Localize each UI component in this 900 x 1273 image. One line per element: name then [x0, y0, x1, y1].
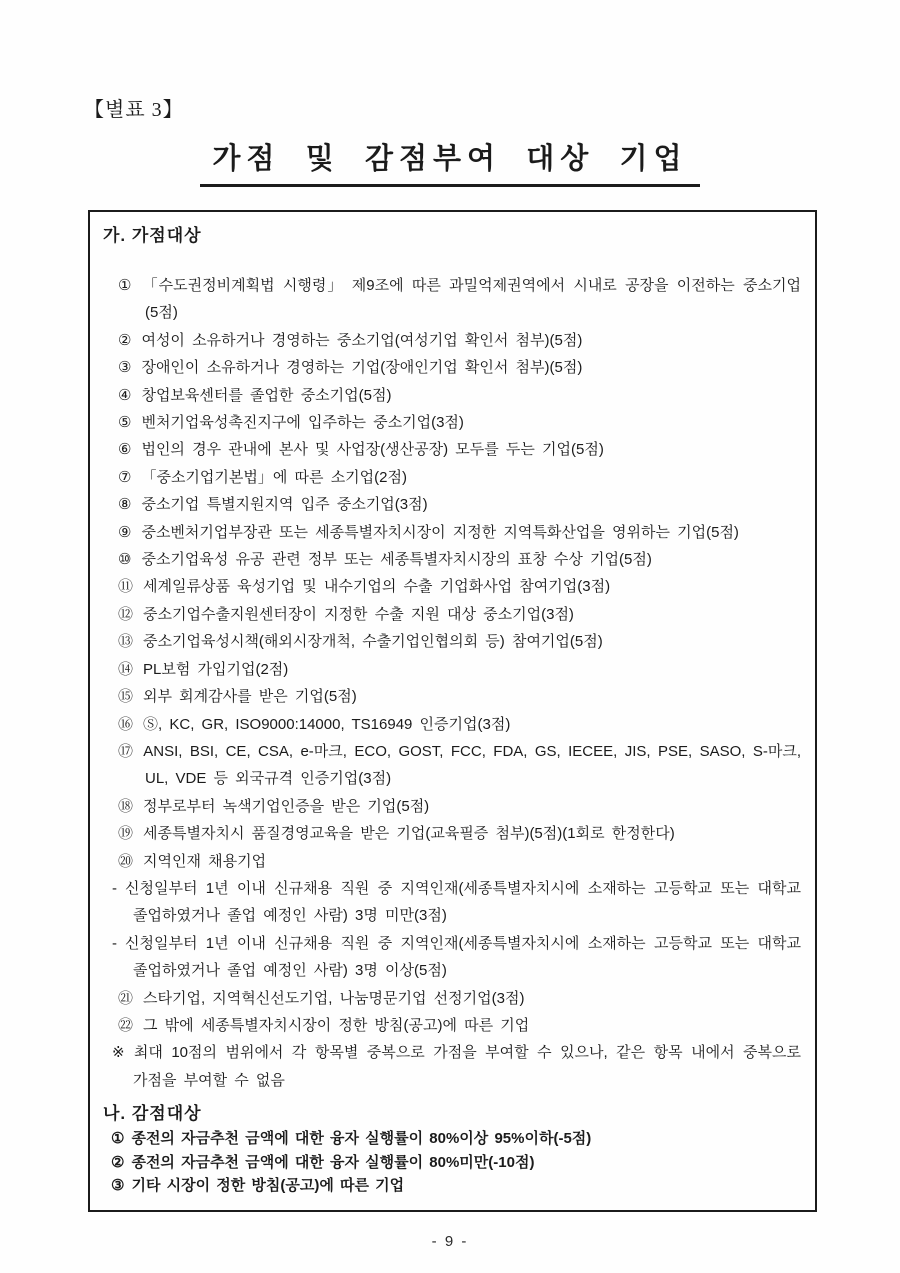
- item-text: 중소기업육성 유공 관련 정부 또는 세종특별자치시장의 표창 수상 기업(5점…: [141, 551, 651, 568]
- item-marker: ④: [118, 387, 131, 404]
- item-marker: ①: [111, 1130, 124, 1147]
- item-marker: ⑰: [118, 743, 133, 760]
- list-item: ⑰ANSI, BSI, CE, CSA, e-마크, ECO, GOST, FC…: [118, 738, 801, 793]
- list-item: ①종전의 자금추천 금액에 대한 융자 실행률이 80%이상 95%이하(-5점…: [111, 1127, 801, 1151]
- item-marker: ⑳: [118, 853, 133, 870]
- page-title: 가점 및 감점부여 대상 기업: [200, 136, 699, 187]
- list-subitem: -신청일부터 1년 이내 신규채용 직원 중 지역인재(세종특별자치시에 소재하…: [112, 875, 801, 930]
- list-item: ②종전의 자금추천 금액에 대한 융자 실행률이 80%미만(-10점): [111, 1151, 801, 1175]
- section-b-heading: 나. 감점대상: [103, 1099, 801, 1124]
- dash-marker: -: [112, 935, 117, 952]
- title-container: 가점 및 감점부여 대상 기업: [0, 136, 900, 187]
- section-a-list: ①「수도권정비계획법 시행령」 제9조에 따른 과밀억제권역에서 시내로 공장을…: [103, 272, 801, 1094]
- list-item: ⑨중소벤처기업부장관 또는 세종특별자치시장이 지정한 지역특화산업을 영위하는…: [118, 519, 801, 546]
- item-text: Ⓢ, KC, GR, ISO9000:14000, TS16949 인증기업(3…: [143, 716, 510, 733]
- list-item: ㉒그 밖에 세종특별자치시장이 정한 방침(공고)에 따른 기업: [118, 1012, 801, 1039]
- item-marker: ⑩: [118, 551, 131, 568]
- item-marker: ②: [118, 332, 131, 349]
- list-subitem: -신청일부터 1년 이내 신규채용 직원 중 지역인재(세종특별자치시에 소재하…: [112, 930, 801, 985]
- item-text: 창업보육센터를 졸업한 중소기업(5점): [141, 387, 391, 404]
- item-marker: ⑮: [118, 688, 133, 705]
- list-item: ④창업보육센터를 졸업한 중소기업(5점): [118, 382, 801, 409]
- content-box: 가. 가점대상 ①「수도권정비계획법 시행령」 제9조에 따른 과밀억제권역에서…: [88, 210, 817, 1212]
- list-item: ⑯Ⓢ, KC, GR, ISO9000:14000, TS16949 인증기업(…: [118, 711, 801, 738]
- item-text: 최대 10점의 범위에서 각 항목별 중복으로 가점을 부여할 수 있으나, 같…: [133, 1044, 801, 1088]
- item-marker: ⑯: [118, 716, 133, 733]
- item-text: 세종특별자치시 품질경영교육을 받은 기업(교육필증 첨부)(5점)(1회로 한…: [143, 825, 675, 842]
- item-marker: ⑥: [118, 441, 131, 458]
- item-text: 중소기업 특별지원지역 입주 중소기업(3점): [141, 496, 427, 513]
- item-text: 정부로부터 녹색기업인증을 받은 기업(5점): [143, 798, 429, 815]
- item-text: 종전의 자금추천 금액에 대한 융자 실행률이 80%이상 95%이하(-5점): [131, 1130, 591, 1147]
- section-a-heading: 가. 가점대상: [103, 221, 801, 246]
- item-marker: ①: [118, 277, 133, 294]
- section-b-list: ①종전의 자금추천 금액에 대한 융자 실행률이 80%이상 95%이하(-5점…: [111, 1127, 801, 1198]
- item-marker: ③: [111, 1177, 124, 1194]
- list-item: ⑲세종특별자치시 품질경영교육을 받은 기업(교육필증 첨부)(5점)(1회로 …: [118, 820, 801, 847]
- item-text: 종전의 자금추천 금액에 대한 융자 실행률이 80%미만(-10점): [131, 1154, 534, 1171]
- document-page: 【별표 3】 가점 및 감점부여 대상 기업 가. 가점대상 ①「수도권정비계획…: [0, 0, 900, 1273]
- list-item: ⑪세계일류상품 육성기업 및 내수기업의 수출 기업화사업 참여기업(3점): [118, 573, 801, 600]
- item-text: 「수도권정비계획법 시행령」 제9조에 따른 과밀억제권역에서 시내로 공장을 …: [143, 277, 801, 321]
- item-marker: ⑫: [118, 606, 133, 623]
- item-marker: ⑲: [118, 825, 133, 842]
- list-item: ⑦「중소기업기본법」에 따른 소기업(2점): [118, 464, 801, 491]
- item-text: 「중소기업기본법」에 따른 소기업(2점): [141, 469, 407, 486]
- reference-mark-icon: ※: [112, 1044, 126, 1061]
- annex-label: 【별표 3】: [84, 0, 900, 122]
- list-item: ⑮외부 회계감사를 받은 기업(5점): [118, 683, 801, 710]
- item-text: PL보험 가입기업(2점): [143, 661, 288, 678]
- list-item: ①「수도권정비계획법 시행령」 제9조에 따른 과밀억제권역에서 시내로 공장을…: [118, 272, 801, 327]
- item-marker: ⑦: [118, 469, 131, 486]
- item-text: ANSI, BSI, CE, CSA, e-마크, ECO, GOST, FCC…: [143, 743, 801, 787]
- item-marker: ⑪: [118, 578, 133, 595]
- item-marker: ③: [118, 359, 131, 376]
- item-marker: ㉑: [118, 990, 133, 1007]
- dash-marker: -: [112, 880, 117, 897]
- list-item: ⑳지역인재 채용기업: [118, 848, 801, 875]
- list-item: ㉑스타기업, 지역혁신선도기업, 나눔명문기업 선정기업(3점): [118, 985, 801, 1012]
- list-item: ⑫중소기업수출지원센터장이 지정한 수출 지원 대상 중소기업(3점): [118, 601, 801, 628]
- page-number: - 9 -: [0, 1233, 900, 1250]
- item-text: 장애인이 소유하거나 경영하는 기업(장애인기업 확인서 첨부)(5점): [141, 359, 582, 376]
- item-text: 중소기업수출지원센터장이 지정한 수출 지원 대상 중소기업(3점): [143, 606, 574, 623]
- item-marker: ⑬: [118, 633, 133, 650]
- item-marker: ⑭: [118, 661, 133, 678]
- item-text: 신청일부터 1년 이내 신규채용 직원 중 지역인재(세종특별자치시에 소재하는…: [125, 880, 801, 924]
- list-item: ③기타 시장이 정한 방침(공고)에 따른 기업: [111, 1174, 801, 1198]
- item-text: 신청일부터 1년 이내 신규채용 직원 중 지역인재(세종특별자치시에 소재하는…: [125, 935, 801, 979]
- list-item: ⑩중소기업육성 유공 관련 정부 또는 세종특별자치시장의 표창 수상 기업(5…: [118, 546, 801, 573]
- item-marker: ⑤: [118, 414, 131, 431]
- item-marker: ⑨: [118, 524, 131, 541]
- item-text: 세계일류상품 육성기업 및 내수기업의 수출 기업화사업 참여기업(3점): [143, 578, 610, 595]
- item-marker: ②: [111, 1154, 124, 1171]
- footnote-item: ※최대 10점의 범위에서 각 항목별 중복으로 가점을 부여할 수 있으나, …: [112, 1039, 801, 1094]
- item-text: 중소기업육성시책(해외시장개척, 수출기업인협의회 등) 참여기업(5점): [143, 633, 603, 650]
- item-marker: ⑧: [118, 496, 131, 513]
- item-text: 지역인재 채용기업: [143, 853, 266, 870]
- item-text: 여성이 소유하거나 경영하는 중소기업(여성기업 확인서 첨부)(5점): [141, 332, 582, 349]
- list-item: ⑭PL보험 가입기업(2점): [118, 656, 801, 683]
- list-item: ③장애인이 소유하거나 경영하는 기업(장애인기업 확인서 첨부)(5점): [118, 354, 801, 381]
- item-text: 중소벤처기업부장관 또는 세종특별자치시장이 지정한 지역특화산업을 영위하는 …: [141, 524, 738, 541]
- item-text: 법인의 경우 관내에 본사 및 사업장(생산공장) 모두를 두는 기업(5점): [141, 441, 603, 458]
- item-marker: ⑱: [118, 798, 133, 815]
- item-text: 기타 시장이 정한 방침(공고)에 따른 기업: [131, 1177, 404, 1194]
- list-item: ⑬중소기업육성시책(해외시장개척, 수출기업인협의회 등) 참여기업(5점): [118, 628, 801, 655]
- item-marker: ㉒: [118, 1017, 133, 1034]
- list-item: ⑱정부로부터 녹색기업인증을 받은 기업(5점): [118, 793, 801, 820]
- list-item: ⑥법인의 경우 관내에 본사 및 사업장(생산공장) 모두를 두는 기업(5점): [118, 436, 801, 463]
- list-item: ②여성이 소유하거나 경영하는 중소기업(여성기업 확인서 첨부)(5점): [118, 327, 801, 354]
- list-item: ⑤벤처기업육성촉진지구에 입주하는 중소기업(3점): [118, 409, 801, 436]
- item-text: 스타기업, 지역혁신선도기업, 나눔명문기업 선정기업(3점): [143, 990, 524, 1007]
- list-item: ⑧중소기업 특별지원지역 입주 중소기업(3점): [118, 491, 801, 518]
- item-text: 그 밖에 세종특별자치시장이 정한 방침(공고)에 따른 기업: [143, 1017, 529, 1034]
- item-text: 벤처기업육성촉진지구에 입주하는 중소기업(3점): [141, 414, 463, 431]
- item-text: 외부 회계감사를 받은 기업(5점): [143, 688, 357, 705]
